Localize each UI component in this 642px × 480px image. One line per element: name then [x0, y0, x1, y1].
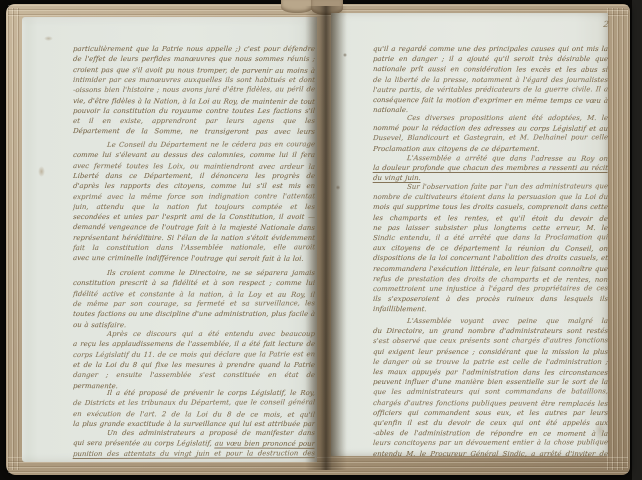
handwritten-line: et de la Loi du 8 qui fixe les mesures à… — [73, 360, 316, 370]
handwritten-line: Proclamation aux citoyens de ce départem… — [373, 144, 609, 154]
handwritten-line: Liberté dans ce Département, il dénoncer… — [73, 171, 316, 181]
handwritten-line: constitution prescrit à sa fidélité et à… — [73, 278, 316, 288]
page-stack-edge-right — [607, 8, 629, 470]
handwritten-line: Le Conseil du Département ne le cédera p… — [73, 139, 316, 150]
handwritten-line: secondées et unies par l'esprit ami de l… — [73, 212, 316, 222]
handwritten-line: infailliblement. — [373, 304, 609, 315]
manuscript-scan: 2 particulièrement que la Patrie nous ap… — [0, 0, 642, 480]
handwritten-line: qu'il a regardé comme une des principale… — [373, 44, 609, 54]
handwritten-line: qui exigent leur présence ; considérant … — [373, 347, 609, 357]
handwritten-line: l'autre partis, de véritables prédicateu… — [373, 84, 609, 95]
handwritten-line: officiers qui commandent sous eux, et le… — [373, 408, 609, 418]
handwritten-line: nationale prît aussi en considération le… — [373, 64, 609, 75]
handwritten-line: Sur l'observation faite par l'un des adm… — [373, 181, 609, 192]
handwritten-text: qui sera présentée au corps Législatif, — [73, 439, 215, 447]
handwritten-line: exprimé avec la même force son indignati… — [73, 191, 316, 202]
right-page-text: qu'il a regardé comme une des principale… — [373, 0, 608, 480]
stain — [343, 53, 347, 57]
handwritten-line: de l'effet de leurs perfides manœuvres q… — [73, 54, 316, 64]
handwritten-line: leurs concitoyens par un dévouement enti… — [373, 438, 609, 449]
handwritten-line: mois qui supprime tous les droits casuel… — [373, 202, 609, 212]
stain — [336, 185, 340, 190]
handwritten-line: fait la constitution dans l'Assemblée na… — [73, 242, 316, 253]
handwritten-line: Ces diverses propositions aient été adop… — [373, 113, 609, 123]
handwritten-line: les champarts et les rentes, et qu'il ét… — [373, 213, 609, 224]
handwritten-line: Ils croient comme le Directoire, ne se s… — [73, 268, 316, 278]
handwritten-line: qu'enfin il est du devoir de ceux qui on… — [373, 418, 609, 428]
handwritten-line: Département de la Somme, ne transigeront… — [73, 126, 316, 137]
handwritten-line: s'est observé que ceux présents sont cha… — [373, 336, 609, 347]
handwritten-line: toutes factions ou une discipline d'une … — [73, 309, 316, 319]
handwritten-line: L'Assemblée voyant avec peine que malgré… — [373, 316, 609, 326]
stain — [38, 166, 45, 177]
handwritten-line: corps Législatif du 11. de ce mois qui d… — [73, 349, 316, 360]
handwritten-line: entendu M. le Procureur Général Sindic, … — [373, 449, 609, 459]
handwritten-line: de même par son courage, sa fermeté et s… — [73, 298, 316, 309]
handwritten-line: -oissons bien l'histoire ; nous avons ju… — [73, 84, 316, 95]
left-page-text: particulièrement que la Patrie nous appe… — [73, 0, 315, 480]
handwritten-line: pouvoir la constitution du royaume contr… — [73, 106, 316, 116]
handwritten-line: Dusevel, Blandicourt et Gastegrain, et M… — [373, 133, 609, 144]
handwritten-line: chargés d'autres fonctions publiques peu… — [373, 398, 609, 409]
handwritten-line: d'après les rapports des citoyens, comme… — [73, 181, 316, 191]
scan-backdrop-edge — [632, 0, 642, 480]
handwritten-line: avec fermeté toutes les Loix, ou maintie… — [73, 161, 316, 172]
handwritten-line: recommandera l'exécution littérale, en l… — [373, 264, 609, 274]
handwritten-line: et il en existe, apprendront par leurs a… — [73, 116, 316, 126]
handwritten-line: Un des administrateurs a proposé de mani… — [73, 428, 316, 438]
handwritten-line: commettroient une injustice à l'égard de… — [373, 283, 609, 294]
handwritten-line: Après ce discours qui a été entendu avec… — [73, 329, 316, 339]
handwritten-line: de la liberté de la presse, notamment à … — [373, 75, 609, 85]
stain — [44, 36, 53, 41]
page-stack-edge-left — [7, 8, 22, 470]
handwritten-line: nombre de cultivateurs étoient dans la p… — [373, 192, 609, 202]
handwritten-line: avec une criminelle indifférence l'outra… — [73, 253, 316, 264]
handwritten-line: a reçu les applaudissemens de l'assemblé… — [73, 339, 316, 349]
handwritten-line: particulièrement que la Patrie nous appe… — [73, 44, 316, 54]
handwritten-line: ils s'exposeroient à des procès ruineux … — [373, 294, 609, 304]
handwritten-line: demandé vengeance de l'outrage fait à la… — [73, 222, 316, 233]
handwritten-line: le danger où se trouve la patrie est cel… — [373, 357, 609, 367]
handwritten-line: représentant héréditaire. Si l'élan de l… — [73, 233, 316, 243]
handwritten-line: patrie en danger ; il a ajouté qu'il ser… — [373, 54, 609, 64]
handwritten-line: Sindic entendu, il a été arrêté que dans… — [373, 232, 609, 243]
handwritten-line: ne pas laisser subsister plus longtems c… — [373, 223, 609, 233]
handwritten-line: la douleur profonde que chacun des membr… — [373, 163, 609, 173]
handwritten-line: vie, d'être fidèles à la Nation, à la Lo… — [73, 96, 316, 107]
handwritten-line: juin, attendu que la nation fut toujours… — [73, 202, 316, 212]
handwritten-line: punition des attentats du vingt juin et … — [73, 448, 316, 459]
handwritten-line: que les administrateurs qui sont command… — [373, 387, 609, 398]
handwritten-line: dispositions de la loi concernant l'abol… — [373, 253, 609, 263]
handwritten-line: danger ; ensuite l'assemblée s'est const… — [73, 370, 316, 380]
handwritten-line: de Districts et les tribunaux du Départe… — [73, 398, 316, 409]
handwritten-line: croient pas que s'il avoit pu nous tromp… — [73, 65, 316, 76]
handwritten-line: en exécution de l'art. 2 de la Loi du 8 … — [73, 409, 316, 420]
handwritten-line: comme lui s'élevant au dessus des calomn… — [73, 150, 316, 160]
